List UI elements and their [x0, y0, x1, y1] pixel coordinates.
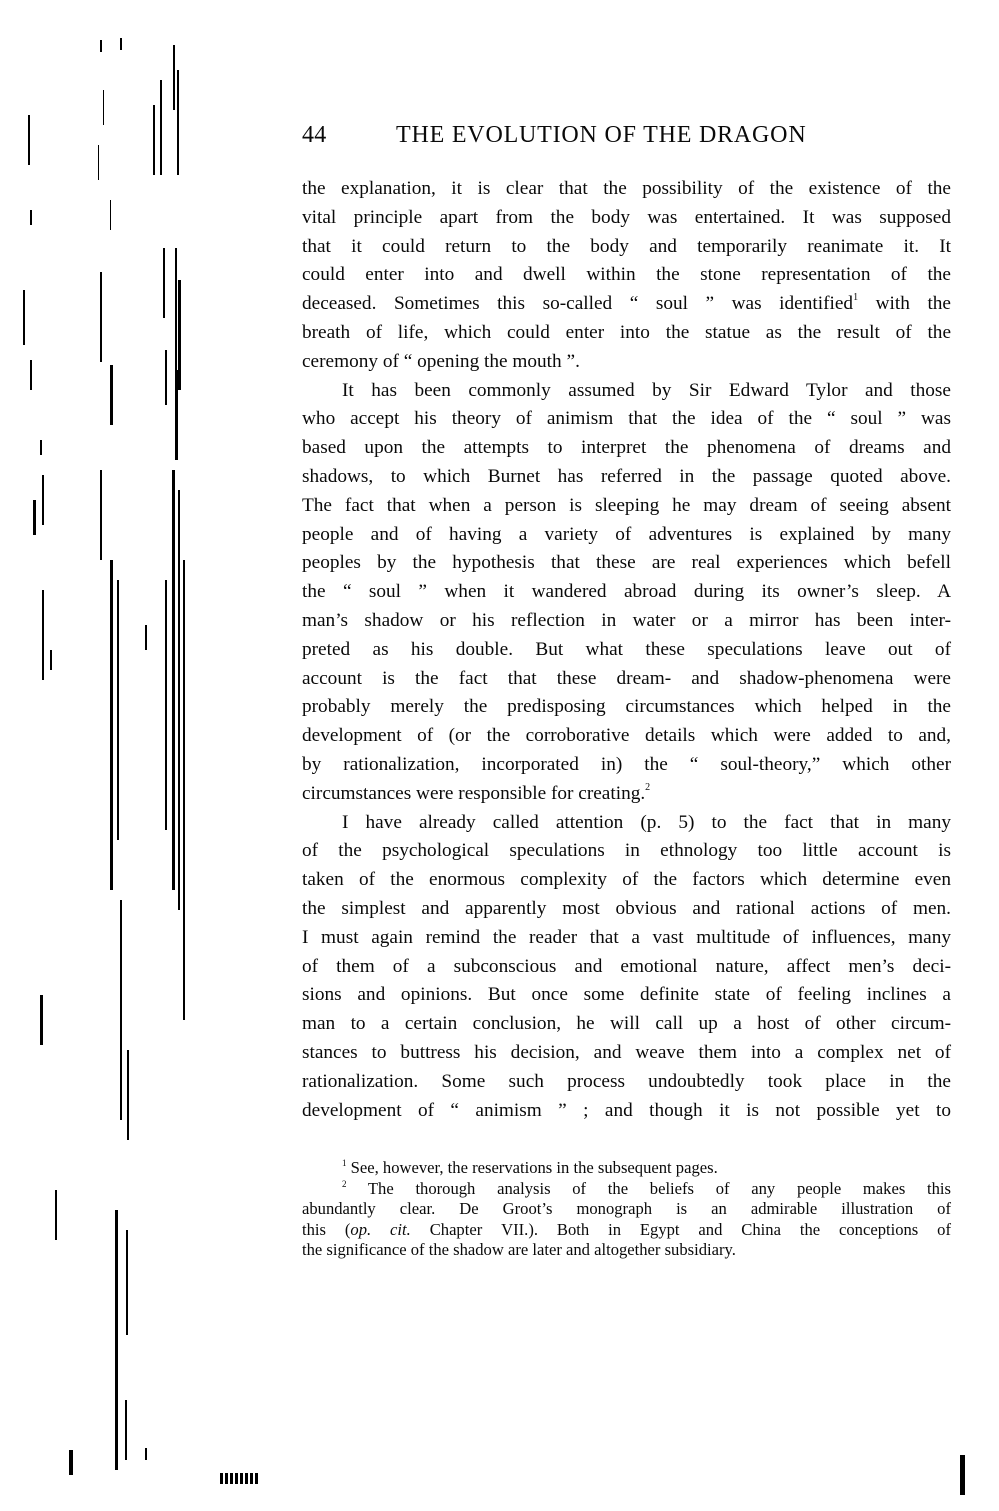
footnote-marker: 2 [342, 1179, 347, 1189]
scan-streak [165, 580, 167, 830]
footnote-ref-2[interactable]: 2 [645, 782, 650, 793]
text-line: I have already called attention (p. 5) t… [302, 809, 951, 838]
text-line: the “ soul ” when it wandered abroad dur… [302, 578, 951, 607]
text-line: who accept his theory of animism that th… [302, 405, 951, 434]
text-line: I must again remind the reader that a va… [302, 924, 951, 953]
text-segment: ). Both in Egypt and China the conceptio… [528, 1220, 951, 1239]
scan-streak [175, 248, 177, 388]
body-text: the explanation, it is clear that the po… [302, 175, 951, 1125]
scan-streak [117, 580, 119, 840]
paragraph-3: I have already called attention (p. 5) t… [302, 809, 951, 1126]
text-line: ceremony of “ opening the mouth ”. [302, 348, 951, 377]
text-line: the simplest and apparently most obvious… [302, 895, 951, 924]
paragraph-1: the explanation, it is clear that the po… [302, 175, 951, 377]
scan-streak [153, 105, 155, 175]
scan-streak [42, 475, 44, 525]
text-line: rationalization. Some such process undou… [302, 1068, 951, 1097]
footnote-marker: 1 [342, 1158, 347, 1168]
scan-streak [100, 470, 102, 560]
running-header: 44 THE EVOLUTION OF THE DRAGON [300, 122, 960, 156]
scan-streak [160, 80, 162, 175]
scan-streak [42, 590, 44, 680]
text-line: development of (or the corroborative det… [302, 722, 951, 751]
text-line: The fact that when a person is sleeping … [302, 492, 951, 521]
scan-streak [126, 1230, 128, 1335]
text-line: the explanation, it is clear that the po… [302, 175, 951, 204]
text-line: by rationalization, incorporated in) the… [302, 751, 951, 780]
scan-streak [50, 650, 52, 670]
footnote-1: 1 See, however, the reservations in the … [302, 1158, 951, 1179]
footnotes: 1 See, however, the reservations in the … [302, 1158, 951, 1261]
text-line: account is the fact that these dream- an… [302, 665, 951, 694]
text-line: peoples by the hypothesis that these are… [302, 549, 951, 578]
text-line: taken of the enormous complexity of the … [302, 866, 951, 895]
scan-streak [125, 1400, 127, 1460]
text-line: It has been commonly assumed by Sir Edwa… [302, 377, 951, 406]
scan-streak [110, 560, 113, 890]
scan-streak [145, 1448, 147, 1460]
text-line: sions and opinions. But once some defini… [302, 981, 951, 1010]
paragraph-2: It has been commonly assumed by Sir Edwa… [302, 377, 951, 809]
scan-streak [40, 440, 42, 455]
text-segment: The thorough analysis of the beliefs of … [368, 1179, 951, 1198]
scan-streak [178, 490, 180, 910]
scan-streak [33, 500, 36, 535]
text-segment: deceased. Sometimes this so-called “ sou… [302, 293, 853, 314]
running-title: THE EVOLUTION OF THE DRAGON [396, 122, 806, 149]
scan-streak [100, 40, 102, 52]
scan-streak [127, 1050, 129, 1140]
text-line: of them of a subconscious and emotional … [302, 953, 951, 982]
scan-streak [120, 38, 122, 50]
text-line: shadows, to which Burnet has referred in… [302, 463, 951, 492]
text-line: man to a certain conclusion, he will cal… [302, 1010, 951, 1039]
scan-streak [175, 370, 178, 460]
page-number: 44 [302, 122, 327, 149]
footnote-line: this (op. cit. Chapter VII.). Both in Eg… [302, 1220, 951, 1241]
scan-streak [177, 70, 179, 175]
scan-streak [165, 350, 167, 405]
scan-streak [220, 1473, 260, 1484]
scan-streak [98, 145, 99, 180]
text-segment: Chapter [411, 1220, 501, 1239]
scan-streak [163, 248, 165, 318]
text-line: of the psychological speculations in eth… [302, 837, 951, 866]
footnote-line: the significance of the shadow are later… [302, 1240, 951, 1261]
book-page: 44 THE EVOLUTION OF THE DRAGON the expla… [0, 0, 999, 1511]
text-line: stances to buttress his decision, and we… [302, 1039, 951, 1068]
scan-streak [40, 995, 43, 1045]
text-line: deceased. Sometimes this so-called “ sou… [302, 290, 951, 319]
footnote-line: abundantly clear. De Groot’s monograph i… [302, 1199, 951, 1220]
scan-streak [23, 290, 25, 345]
scan-streak [103, 90, 104, 125]
scan-streak [110, 200, 111, 230]
text-line: based upon the attempts to interpret the… [302, 434, 951, 463]
scan-streak [120, 900, 122, 1120]
scan-streak [183, 560, 185, 1020]
scan-streak [55, 1190, 57, 1240]
footnote-line: 1 See, however, the reservations in the … [302, 1158, 951, 1179]
text-line: development of “ animism ” ; and though … [302, 1097, 951, 1126]
chapter-number: VII. [501, 1220, 528, 1239]
text-line: circumstances were responsible for creat… [302, 780, 951, 809]
scan-streak [173, 45, 175, 110]
text-line: man’s shadow or his reflection in water … [302, 607, 951, 636]
text-line: breath of life, which could enter into t… [302, 319, 951, 348]
text-segment: this ( [302, 1220, 350, 1239]
citation-italic: op. cit. [350, 1220, 410, 1239]
scan-streak [960, 1455, 965, 1495]
footnote-line: 2 The thorough analysis of the beliefs o… [302, 1179, 951, 1200]
scan-streak [30, 360, 32, 390]
scan-streak [172, 470, 175, 890]
scan-streak [30, 210, 32, 225]
scan-streak [145, 625, 147, 650]
text-line: probably merely the predisposing circums… [302, 693, 951, 722]
footnote-2: 2 The thorough analysis of the beliefs o… [302, 1179, 951, 1261]
text-line: people and of having a variety of advent… [302, 521, 951, 550]
text-line: vital principle apart from the body was … [302, 204, 951, 233]
scan-streak [178, 280, 181, 390]
text-segment: See, however, the reservations in the su… [351, 1158, 718, 1177]
text-line: that it could return to the body and tem… [302, 233, 951, 262]
text-line: could enter into and dwell within the st… [302, 261, 951, 290]
scan-streak [100, 272, 102, 362]
text-segment: with the [858, 293, 951, 314]
text-segment: circumstances were responsible for creat… [302, 783, 645, 804]
scan-streak [110, 365, 113, 425]
text-line: preted as his double. But what these spe… [302, 636, 951, 665]
scan-streak [115, 1210, 118, 1470]
scan-streak [69, 1450, 73, 1475]
scan-streak [28, 115, 30, 165]
